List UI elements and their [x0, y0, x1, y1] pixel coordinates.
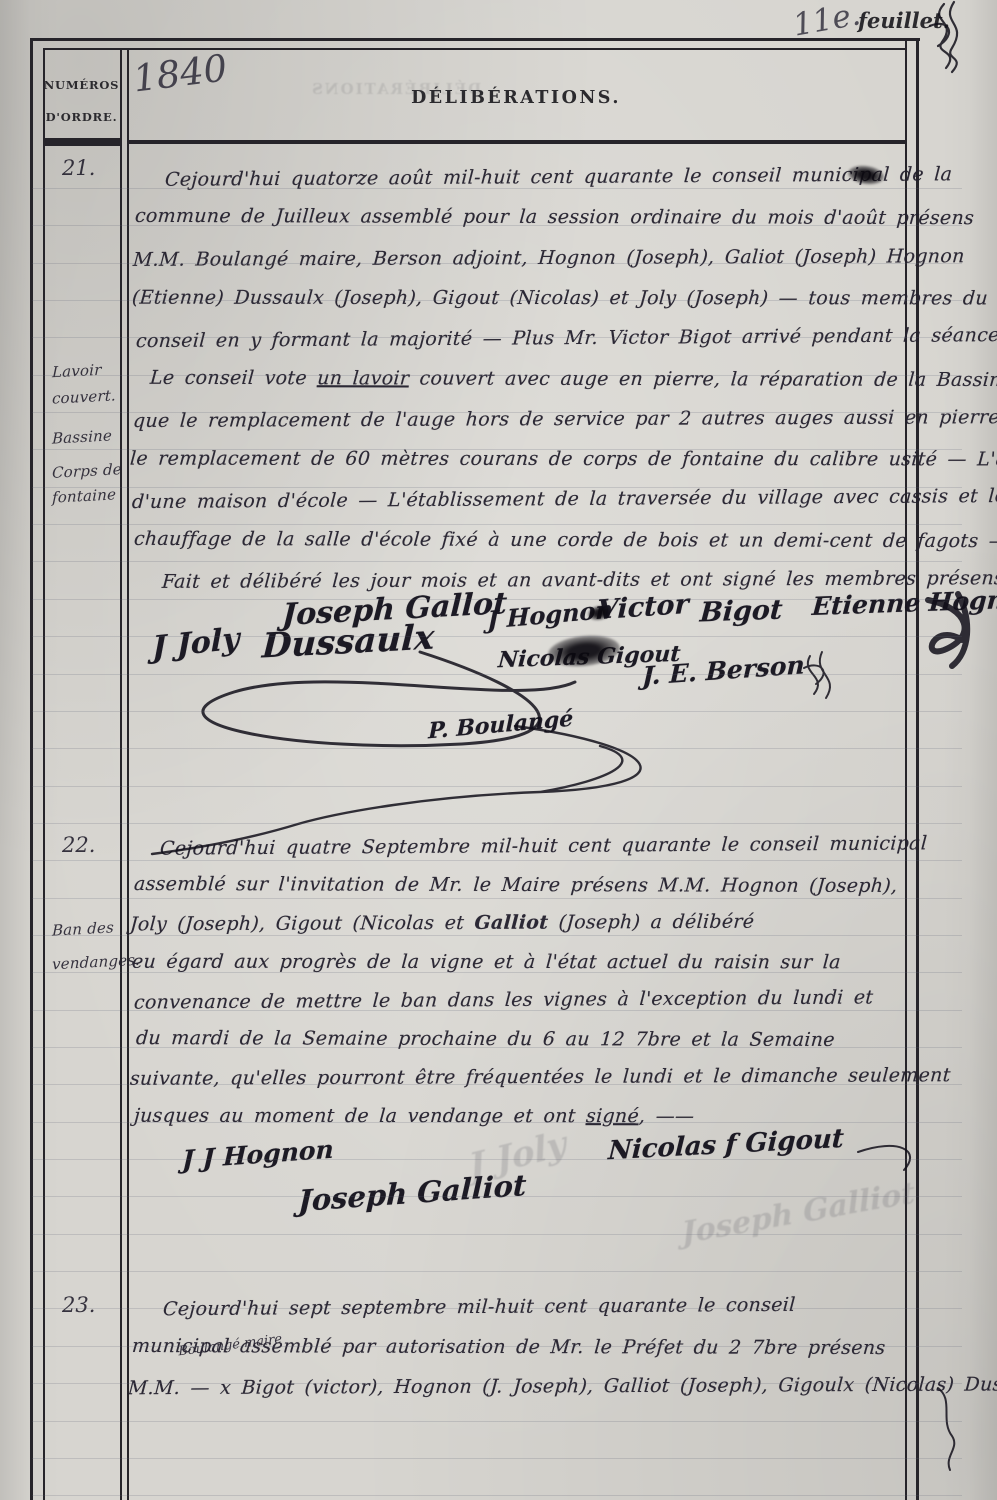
manuscript-line: d'une maison d'école — L'établissement d… — [131, 485, 997, 513]
frame-top-outer — [30, 38, 920, 41]
ruled-line — [32, 898, 962, 899]
page-title: DÉLIBÉRATIONS. — [127, 88, 905, 108]
margin-note: fontaine — [52, 485, 116, 506]
ruled-line — [32, 599, 962, 600]
decorated-word: Galliot — [474, 912, 549, 934]
entry-number: 23. — [62, 1293, 95, 1317]
column-separator-right — [127, 48, 129, 1500]
signature: J Joly — [152, 621, 239, 665]
ruled-line — [32, 1458, 962, 1459]
ruled-line — [32, 935, 962, 936]
ruled-line — [32, 449, 962, 450]
ruled-line — [32, 972, 962, 973]
ruled-line — [32, 300, 962, 301]
signature: J J Hognon — [182, 1135, 335, 1175]
frame-top-inner — [43, 48, 906, 50]
page-title-ghost-offset: DÉLIBÉRATIONS — [310, 80, 481, 98]
ruled-line — [32, 1495, 962, 1496]
ruled-line — [32, 786, 962, 787]
manuscript-line: Cejourd'hui quatre Septembre mil-huit ce… — [159, 832, 928, 859]
margin-note: Corps de — [52, 460, 122, 482]
ruled-line — [32, 375, 962, 376]
header-rule-main — [127, 140, 905, 144]
column-header-line1: NUMÉROS — [43, 78, 120, 92]
manuscript-line: Joly (Joseph), Gigout (Nicolas et Gallio… — [129, 911, 755, 936]
ruled-line — [32, 1383, 962, 1384]
signature: Victor — [597, 589, 690, 627]
manuscript-line: M.M. — x Bigot (victor), Hognon (J. Jose… — [127, 1373, 997, 1399]
ruled-line — [32, 711, 962, 712]
ruled-line — [32, 524, 962, 525]
signature: Dussaulx — [261, 617, 435, 666]
ruled-line — [32, 337, 962, 338]
manuscript-line: Cejourd'hui sept septembre mil-huit cent… — [162, 1294, 796, 1320]
entry-number: 21. — [62, 156, 95, 180]
ruled-line — [32, 1122, 962, 1123]
margin-note: Ban des — [52, 918, 114, 939]
manuscript-line: Cejourd'hui quatorze août mil-huit cent … — [164, 163, 953, 191]
ruled-line — [32, 263, 962, 264]
margin-note: couvert. — [52, 386, 116, 407]
manuscript-line: assemblé sur l'invitation de Mr. le Mair… — [133, 873, 898, 897]
manuscript-line: Le conseil vote un lavoir couvert avec a… — [149, 366, 997, 390]
ruled-line — [32, 860, 962, 861]
manuscript-line: que le remplacement de l'auge hors de se… — [132, 406, 997, 432]
column-separator-left — [120, 48, 122, 1500]
manuscript-line: suivante, qu'elles pourront être fréquen… — [129, 1064, 951, 1090]
ruled-line — [32, 823, 962, 824]
ruled-line — [32, 1159, 962, 1160]
ruled-line — [32, 748, 962, 749]
decorated-word: signé — [585, 1105, 640, 1127]
column-header-line2: D'ORDRE. — [43, 110, 120, 124]
register-page: NUMÉROS D'ORDRE. DÉLIBÉRATIONS. DÉLIBÉRA… — [0, 0, 997, 1500]
gigout-tail-stroke — [858, 1146, 910, 1170]
ruled-line — [32, 225, 962, 226]
ruled-line — [32, 1047, 962, 1048]
decorated-word: un lavoir — [316, 367, 410, 389]
manuscript-line: le remplacement de 60 mètres courans de … — [129, 448, 997, 471]
manuscript-line: jusques au moment de la vendange et ont … — [133, 1104, 695, 1126]
frame-left-outer — [30, 38, 33, 1500]
scanned-register-page: { "page": { "folio_number": "11e.", "fol… — [0, 0, 997, 1500]
ruled-line — [32, 487, 962, 488]
ruled-line — [32, 636, 962, 637]
ruled-line — [32, 1421, 962, 1422]
manuscript-line: eu égard aux progrès de la vigne et à l'… — [131, 950, 841, 973]
folio-label-printed: feuillet. — [858, 8, 950, 33]
bleed-through-signature: Joseph Galliot — [681, 1175, 916, 1251]
ruled-line — [32, 1308, 962, 1309]
ruled-line — [32, 188, 962, 189]
berson-paraph — [804, 652, 830, 698]
ruled-line — [32, 1196, 962, 1197]
header-bar-numeros — [43, 138, 120, 146]
margin-note: Lavoir — [52, 361, 102, 382]
ruled-line — [32, 1271, 962, 1272]
manuscript-line: (Etienne) Dussaulx (Joseph), Gigout (Nic… — [131, 287, 988, 310]
manuscript-line: M.M. Boulangé maire, Berson adjoint, Hog… — [132, 245, 965, 271]
ruled-line — [32, 1010, 962, 1011]
ruled-line — [32, 412, 962, 413]
ruled-line — [32, 1346, 962, 1347]
manuscript-line: chauffage de la salle d'école fixé à une… — [133, 528, 997, 552]
entry-number: 22. — [62, 833, 95, 857]
margin-note: Bassine — [52, 426, 112, 447]
ruled-line — [32, 674, 962, 675]
frame-left-inner — [43, 48, 45, 1500]
ruled-line — [32, 1234, 962, 1235]
ruled-line — [32, 561, 962, 562]
ruled-line — [32, 1084, 962, 1085]
